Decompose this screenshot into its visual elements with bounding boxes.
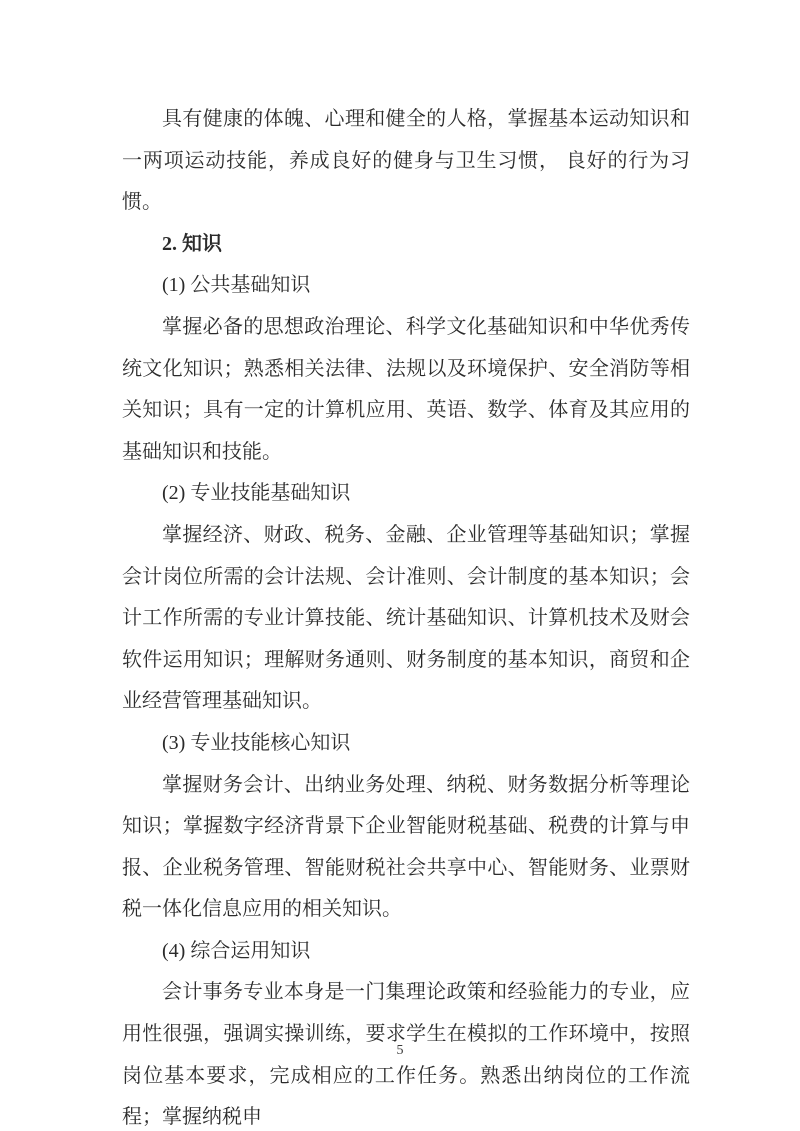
page-number: 5	[0, 1041, 800, 1061]
subheading-professional-skill-basic-knowledge: (2) 专业技能基础知识	[122, 473, 690, 515]
paragraph: 掌握必备的思想政治理论、科学文化基础知识和中华优秀传统文化知识；熟悉相关法律、法…	[122, 307, 690, 473]
document-body: 具有健康的体魄、心理和健全的人格，掌握基本运动知识和一两项运动技能，养成良好的健…	[122, 99, 690, 1131]
paragraph: 掌握财务会计、出纳业务处理、纳税、财务数据分析等理论知识；掌握数字经济背景下企业…	[122, 765, 690, 931]
document-page: 具有健康的体魄、心理和健全的人格，掌握基本运动知识和一两项运动技能，养成良好的健…	[0, 0, 800, 1131]
paragraph: 具有健康的体魄、心理和健全的人格，掌握基本运动知识和一两项运动技能，养成良好的健…	[122, 99, 690, 224]
section-heading-knowledge: 2. 知识	[122, 224, 690, 266]
paragraph: 掌握经济、财政、税务、金融、企业管理等基础知识；掌握会计岗位所需的会计法规、会计…	[122, 515, 690, 723]
subheading-professional-skill-core-knowledge: (3) 专业技能核心知识	[122, 723, 690, 765]
subheading-public-basic-knowledge: (1) 公共基础知识	[122, 265, 690, 307]
subheading-comprehensive-application-knowledge: (4) 综合运用知识	[122, 931, 690, 973]
